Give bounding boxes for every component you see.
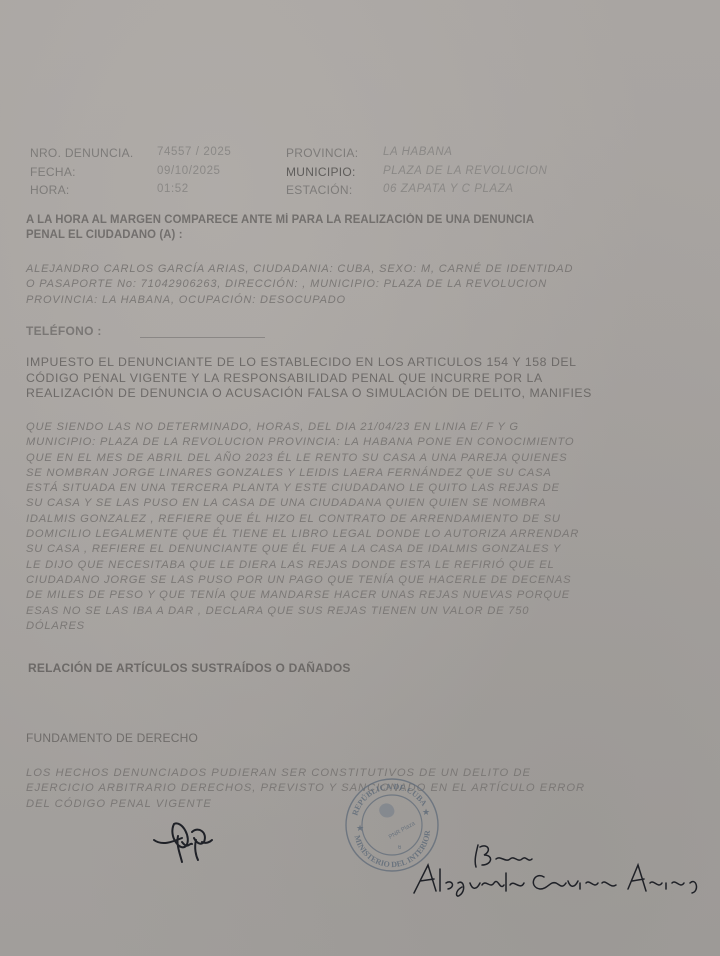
statement-line: DÓLARES xyxy=(26,619,579,634)
hora-value: 01:52 xyxy=(157,183,189,195)
statement-line: LE DIJO QUE NECESITABA QUE LE DIERA LAS … xyxy=(26,558,579,573)
statement-line: QUE SIENDO LAS NO DETERMINADO, HORAS, DE… xyxy=(26,420,579,435)
statement-paragraph: QUE SIENDO LAS NO DETERMINADO, HORAS, DE… xyxy=(26,420,579,634)
provincia-value: LA HABANA xyxy=(383,146,453,158)
statement-line: DE MILES DE PESO Y QUE TENÍA QUE MANDARS… xyxy=(26,588,579,603)
fundamento-line: LOS HECHOS DENUNCIADOS PUDIERAN SER CONS… xyxy=(26,766,585,781)
statement-line: SU CASA , REFIERE EL DENUNCIANTE QUE ÉL … xyxy=(26,542,579,557)
statement-line: CIUDADANO JORGE SE LAS PUSO POR UN PAGO … xyxy=(26,573,579,588)
legal-notice-line: REALIZACIÓN DE DENUNCIA O ACUSACIÓN FALS… xyxy=(26,386,592,402)
statement-line: DOMICILIO LEGALMENTE QUE ÉL TIENE EL LIB… xyxy=(26,527,579,542)
nro-denuncia-value: 74557 / 2025 xyxy=(157,146,231,158)
statement-line: SE NOMBRAN JORGE LINARES GONZALES Y LEID… xyxy=(26,466,579,481)
citizen-line: O PASAPORTE No: 71042906263, DIRECCIÓN: … xyxy=(26,277,573,292)
fundamento-title: FUNDAMENTO DE DERECHO xyxy=(26,731,198,745)
statement-line: ESAS NO SE LAS IBA A DAR , DECLARA QUE S… xyxy=(26,604,579,619)
legal-notice-line: IMPUESTO EL DENUNCIANTE DE LO ESTABLECID… xyxy=(26,355,592,371)
svg-text:★: ★ xyxy=(422,807,430,817)
citizen-signature-icon xyxy=(410,835,720,905)
statement-line: QUE EN EL MES DE ABRIL DEL AÑO 2023 ÉL L… xyxy=(26,451,579,466)
statement-line: MUNICIPIO: PLAZA DE LA REVOLUCION PROVIN… xyxy=(26,435,579,450)
fundamento-line: DEL CÓDIGO PENAL VIGENTE xyxy=(26,797,585,812)
estacion-value: 06 ZAPATA Y C PLAZA xyxy=(383,183,514,195)
hora-label: HORA: xyxy=(30,183,70,197)
fecha-value: 09/10/2025 xyxy=(157,165,221,177)
fecha-label: FECHA: xyxy=(30,165,76,179)
svg-text:★: ★ xyxy=(356,823,364,833)
intro-line: PENAL EL CIUDADANO (A) : xyxy=(26,227,534,242)
officer-signature-icon xyxy=(152,812,232,872)
citizen-line: PROVINCIA: LA HABANA, OCUPACIÓN: DESOCUP… xyxy=(26,293,573,308)
municipio-value: PLAZA DE LA REVOLUCION xyxy=(383,165,547,177)
relacion-title: RELACIÓN DE ARTÍCULOS SUSTRAÍDOS O DAÑAD… xyxy=(28,661,351,675)
citizen-info: ALEJANDRO CARLOS GARCÍA ARIAS, CIUDADANI… xyxy=(26,262,573,308)
document-page: NRO. DENUNCIA. 74557 / 2025 FECHA: 09/10… xyxy=(0,0,720,956)
fundamento-line: EJERCICIO ARBITRARIO DERECHOS, PREVISTO … xyxy=(26,781,585,796)
telefono-label: TELÉFONO : xyxy=(26,324,102,338)
svg-text:6: 6 xyxy=(398,845,402,851)
legal-notice-line: CÓDIGO PENAL VIGENTE Y LA RESPONSABILIDA… xyxy=(26,371,592,387)
statement-line: IDALMIS GONZALEZ , REFIERE QUE ÉL HIZO E… xyxy=(26,512,579,527)
municipio-label: MUNICIPIO: xyxy=(286,165,356,179)
intro-line: A LA HORA AL MARGEN COMPARECE ANTE MÍ PA… xyxy=(26,212,534,227)
nro-denuncia-label: NRO. DENUNCIA. xyxy=(30,146,134,160)
intro-paragraph: A LA HORA AL MARGEN COMPARECE ANTE MÍ PA… xyxy=(26,212,534,242)
legal-notice: IMPUESTO EL DENUNCIANTE DE LO ESTABLECID… xyxy=(26,355,592,402)
statement-line: SU CASA Y SE LAS PUSO EN LA CASA DE UNA … xyxy=(26,496,579,511)
fundamento-paragraph: LOS HECHOS DENUNCIADOS PUDIERAN SER CONS… xyxy=(26,766,585,812)
citizen-line: ALEJANDRO CARLOS GARCÍA ARIAS, CIUDADANI… xyxy=(26,262,573,277)
statement-line: ESTÁ SITUADA EN UNA TERCERA PLANTA Y EST… xyxy=(26,481,579,496)
provincia-label: PROVINCIA: xyxy=(286,146,358,160)
telefono-field-line xyxy=(140,337,265,338)
estacion-label: ESTACIÓN: xyxy=(286,183,353,197)
